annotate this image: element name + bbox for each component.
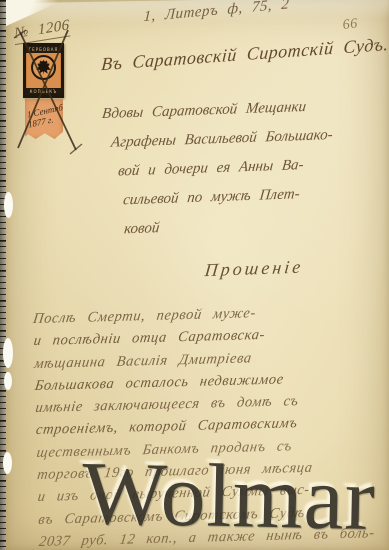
paper-edge-tear: [4, 192, 13, 218]
revenue-stamp-block: ГЕРБОВАЯ КОПѢЕКЪ 1 Сентября 1877 г.: [12, 28, 84, 156]
cancellation-cross-icon: [12, 28, 84, 156]
sender-block: Вдовы Саратовской Мещанки Аграфены Васил…: [102, 92, 337, 245]
document-photo: № 1206 1, Литеръ ф, 75, 2 66 Въ Саратовс…: [0, 0, 389, 550]
watermark-text: Wolmar: [81, 449, 376, 545]
page-number: 66: [342, 16, 359, 33]
paper-sheet: № 1206 1, Литеръ ф, 75, 2 66 Въ Саратовс…: [6, 0, 389, 550]
addressee-line: Въ Саратовскій Сиротскій Судъ.: [101, 34, 389, 75]
paper-edge-tear: [4, 372, 12, 390]
paper-edge-tear: [3, 338, 13, 368]
petition-heading: Прошеніе: [204, 257, 305, 282]
paper-edge-tear: [3, 452, 12, 474]
